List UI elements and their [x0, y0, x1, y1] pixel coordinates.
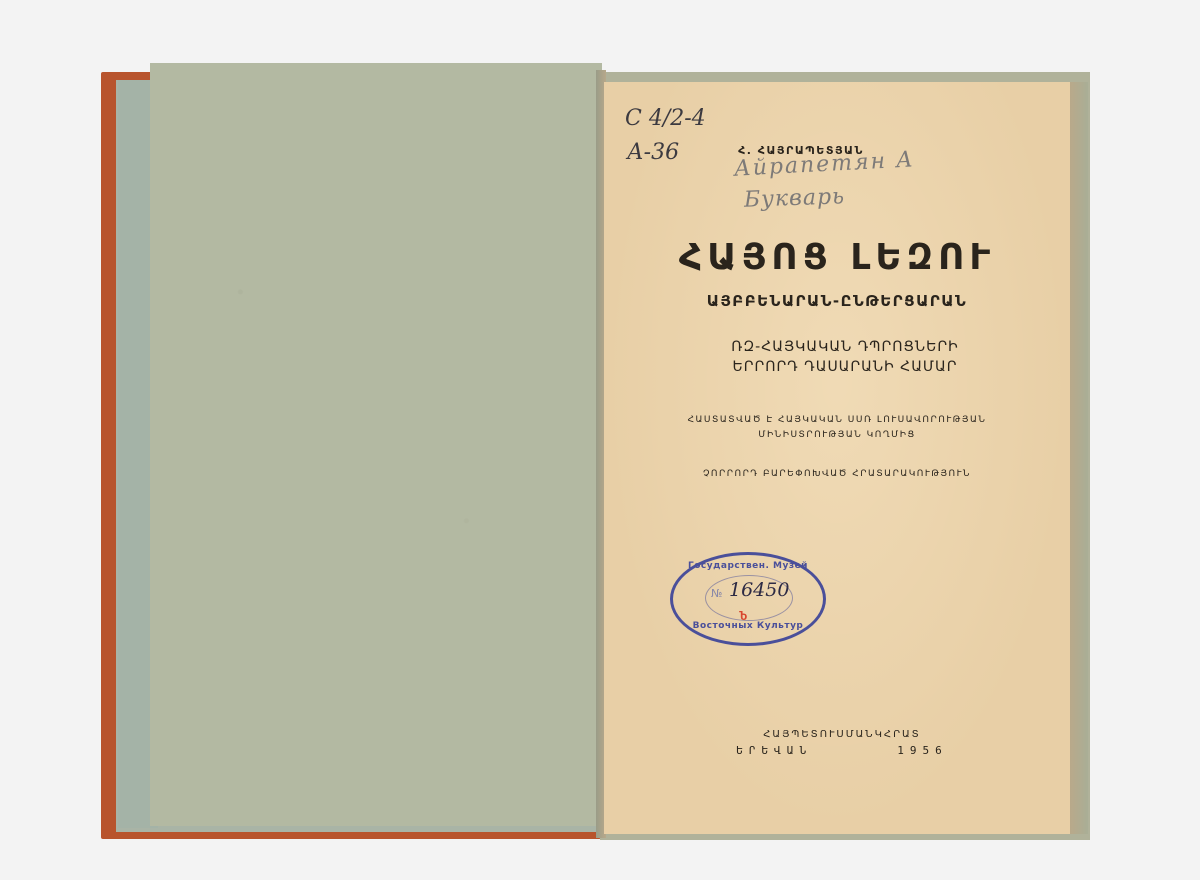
edition-note: ՉՈՐՐՈՐԴ ԲԱՐԵՓՈԽՎԱԾ ՀՐԱՏԱՐԱԿՈՒԹՅՈՒՆ — [604, 469, 1070, 479]
left-endpaper-page — [150, 63, 602, 826]
imprint-city: ԵՐԵՎԱՆ — [736, 744, 812, 757]
book-subtitle: ԱՅԲԲԵՆԱՐԱՆ-ԸՆԹԵՐՑԱՐԱՆ — [604, 292, 1070, 310]
stamp-number-prefix: № — [711, 587, 722, 600]
stamp-top-text: Государствен. Музей — [683, 561, 813, 571]
imprint-line: ԵՐԵՎԱՆ 1956 — [609, 744, 1075, 757]
audience-line-1: ՌԶ-ՀԱՅԿԱԿԱՆ ԴՊՐՈՑՆԵՐԻ — [612, 339, 1078, 355]
audience-line-2: ԵՐՐՈՐԴ ԴԱՍԱՐԱՆԻ ՀԱՄԱՐ — [612, 359, 1078, 375]
approval-line-2: ՄԻՆԻՍՏՐՈՒԹՅԱՆ ԿՈՂՄԻՑ — [604, 430, 1070, 440]
approval-line-1: ՀԱՍՏԱՏՎԱԾ Է ՀԱՅԿԱԿԱՆ ՍՍՌ ԼՈՒՍԱՎՈՐՈՒԹՅԱՆ — [604, 415, 1070, 425]
stamp-inventory-number: 16450 — [729, 579, 789, 601]
pencil-title-note: Букварь — [744, 184, 846, 213]
title-page: С 4/2-4 А-36 Հ. ՀԱՅՐԱՊԵՏՅԱՆ Айрапетян А … — [604, 82, 1070, 834]
page-edge-band — [1070, 82, 1088, 834]
publisher-name: ՀԱՅՊԵՏՈՒՍՄԱՆԿՀՐԱՏ — [609, 729, 1075, 740]
museum-stamp: Государствен. Музей № 16450 Ⴆ Восточных … — [670, 552, 826, 646]
call-number-1: С 4/2-4 — [625, 106, 706, 131]
book-title: ՀԱՅՈՑ ԼԵԶՈՒ — [604, 237, 1070, 278]
stamp-bottom-text: Восточных Культур — [683, 621, 813, 631]
imprint-year: 1956 — [897, 744, 948, 757]
